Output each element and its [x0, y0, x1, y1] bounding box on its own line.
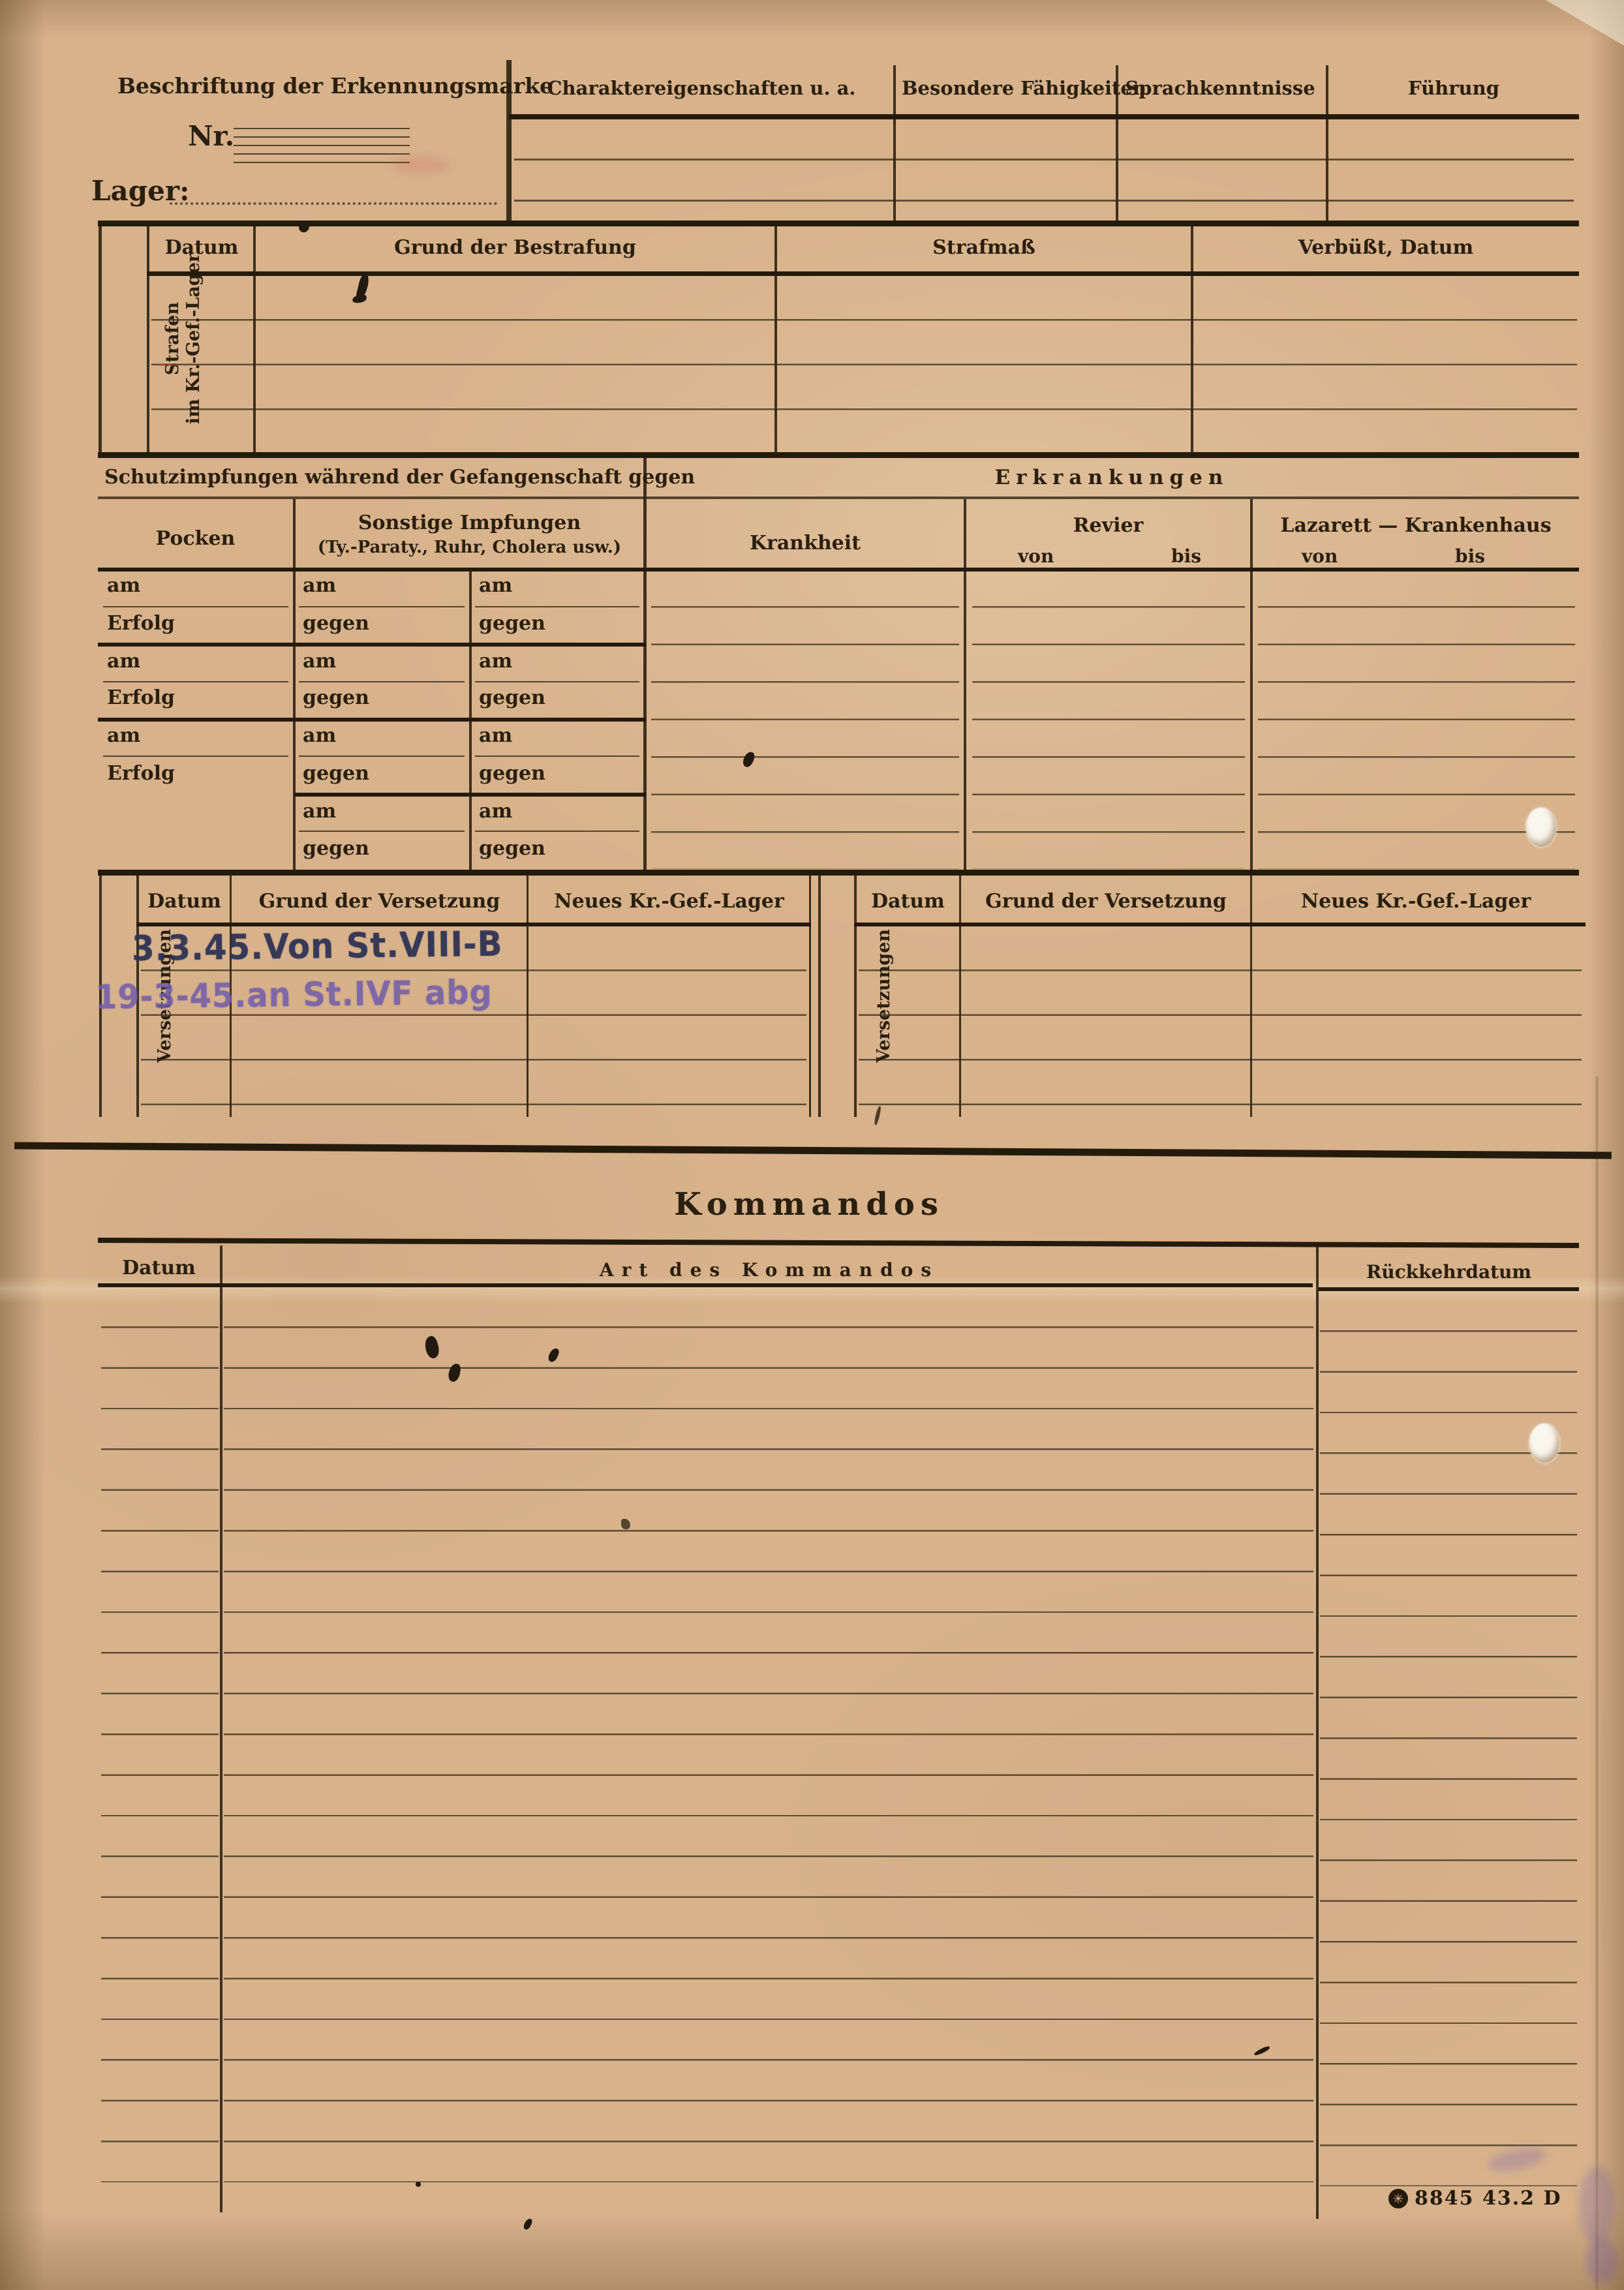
col-divider — [1250, 499, 1253, 871]
ink-blot — [416, 2182, 421, 2187]
versetzungen-col-header: Grund der Versetzung — [232, 890, 527, 913]
impf-gegen-label: gegen — [303, 837, 369, 860]
assessment-col-header: Besondere Fähigkeiten — [902, 77, 1109, 99]
red-smear — [391, 157, 450, 174]
idtag-title: Beschriftung der Erkennungsmarke — [117, 73, 483, 99]
idtag-nr-label: Nr. — [188, 120, 234, 152]
impf-am-label: am — [107, 724, 140, 747]
sonstige-header-line2: (Ty.-Paraty., Ruhr, Cholera usw.) — [296, 538, 643, 557]
col-divider — [220, 1245, 222, 2212]
assessment-col-header: Führung — [1331, 77, 1576, 99]
strafen-col-header: Datum — [149, 236, 254, 259]
ink-blot — [299, 221, 309, 232]
lazarett-von-label: von — [1302, 545, 1338, 567]
versetzungen-col-header: Neues Kr.-Gef.-Lager — [529, 890, 809, 913]
assessment-col-header: Charaktereigenschaften u. a. — [522, 77, 881, 99]
grid-line — [299, 756, 465, 757]
grid-line — [475, 681, 639, 682]
impf-gegen-label: gegen — [479, 837, 545, 860]
header-underline — [509, 114, 1579, 119]
sonstige-header-line1: Sonstige Impfungen — [296, 511, 643, 534]
impf-gegen-label: gegen — [303, 612, 369, 635]
impf-am-label: am — [479, 574, 512, 597]
lager-fill-line — [170, 183, 497, 205]
revier-bis-label: bis — [1171, 545, 1201, 567]
group-separator — [98, 643, 646, 647]
half-divider — [643, 458, 647, 871]
transfer-stamp-1: 3.3.45.Von St.VIII-B — [132, 924, 503, 969]
grid-line — [475, 831, 639, 832]
ink-blot — [621, 1519, 630, 1529]
kommandos-col-header: Art des Kommandos — [222, 1259, 1316, 1281]
table-right-border — [809, 876, 811, 1117]
lazarett-header: Lazarett — Krankenhaus — [1253, 514, 1579, 537]
purple-smudge — [1579, 2166, 1615, 2244]
krankheit-row-lines — [651, 570, 959, 869]
printer-code-text: 8845 43.2 D — [1415, 2187, 1561, 2210]
versetzungen-col-header: Datum — [139, 890, 230, 913]
strafen-col-header: Verbüßt, Datum — [1193, 236, 1578, 259]
impf-erfolg-label: Erfolg — [107, 762, 175, 785]
revier-header: Revier — [966, 514, 1250, 537]
impf-gegen-label: gegen — [479, 762, 545, 785]
col-divider — [964, 499, 966, 871]
pow-record-card-back: Beschriftung der Erkennungsmarke Nr. Lag… — [0, 0, 1624, 2290]
impf-am-label: am — [479, 724, 512, 747]
strafen-col-header: Strafmaß — [777, 236, 1191, 259]
fold-crease — [1596, 1076, 1598, 2290]
purple-smudge — [1586, 2238, 1618, 2283]
group-separator — [294, 793, 646, 797]
lazarett-bis-label: bis — [1455, 545, 1485, 567]
red-tick — [159, 364, 177, 366]
ink-blot — [523, 2218, 533, 2231]
versetzungen-col-header: Grund der Versetzung — [962, 890, 1250, 913]
col-divider — [1316, 1245, 1319, 2219]
erkrankungen-header: Erkrankungen — [652, 466, 1571, 489]
impf-am-label: am — [479, 800, 512, 823]
grid-line — [299, 681, 465, 682]
versetzungen-col-header: Neues Kr.-Gef.-Lager — [1253, 890, 1579, 913]
assessment-col-header: Sprachkenntnisse — [1120, 77, 1321, 99]
impf-am-label: am — [479, 650, 512, 673]
section-separator-rule — [14, 1142, 1612, 1159]
kommandos-datum-row-lines — [101, 1287, 219, 2182]
impf-am-label: am — [303, 650, 336, 673]
grid-line — [299, 606, 465, 607]
printer-ornament-icon: ✳ — [1388, 2189, 1408, 2208]
versetzungen-row-lines — [859, 926, 1582, 1110]
impf-gegen-label: gegen — [303, 762, 369, 785]
assessment-row-lines — [514, 119, 1574, 222]
table-top-border — [98, 221, 1579, 226]
punch-hole — [1529, 1424, 1559, 1463]
strafen-row-lines — [151, 276, 1577, 451]
impf-am-label: am — [303, 724, 336, 747]
punch-hole — [1526, 808, 1556, 847]
kommandos-title: Kommandos — [613, 1186, 1005, 1223]
kommandos-col-header: Rückkehrdatum — [1319, 1261, 1579, 1283]
kommandos-art-row-lines — [224, 1287, 1313, 2182]
grid-line — [103, 606, 288, 607]
grid-line — [103, 756, 288, 757]
printer-code: ✳ 8845 43.2 D — [1388, 2187, 1561, 2210]
impf-gegen-label: gegen — [303, 686, 369, 709]
krankheit-header: Krankheit — [647, 532, 964, 555]
strafen-col-header: Grund der Bestrafung — [256, 236, 774, 259]
impf-am-label: am — [303, 574, 336, 597]
impf-am-label: am — [303, 800, 336, 823]
section-top-border — [98, 452, 1579, 458]
grid-line — [103, 681, 288, 682]
revier-von-label: von — [1018, 545, 1054, 567]
impf-gegen-label: gegen — [479, 686, 545, 709]
impf-erfolg-label: Erfolg — [107, 612, 175, 635]
impfungen-header: Schutzimpfungen während der Gefangenscha… — [104, 466, 639, 489]
kommandos-col-header: Datum — [98, 1257, 220, 1279]
grid-line — [475, 756, 639, 757]
impf-am-label: am — [107, 574, 140, 597]
section-divider — [506, 60, 512, 223]
subheader-top-line — [98, 496, 1579, 499]
revier-row-lines — [972, 570, 1245, 869]
table-top-border — [98, 1238, 1579, 1248]
corner-tear — [1546, 0, 1624, 46]
pocken-header: Pocken — [98, 527, 293, 550]
grid-line — [299, 831, 465, 832]
strafen-side-label: Strafen im Kr.-Gef.-Lager — [98, 224, 147, 453]
versetzungen-col-header: Datum — [857, 890, 959, 913]
transfer-stamp-2: 19-3-45.an St.IVF abg — [95, 973, 493, 1017]
group-separator — [98, 718, 646, 722]
impf-gegen-label: gegen — [479, 612, 545, 635]
impf-erfolg-label: Erfolg — [107, 686, 175, 709]
grid-line — [475, 606, 639, 607]
versetzungen-side-label: Versetzungen — [817, 874, 855, 1117]
impf-am-label: am — [107, 650, 140, 673]
